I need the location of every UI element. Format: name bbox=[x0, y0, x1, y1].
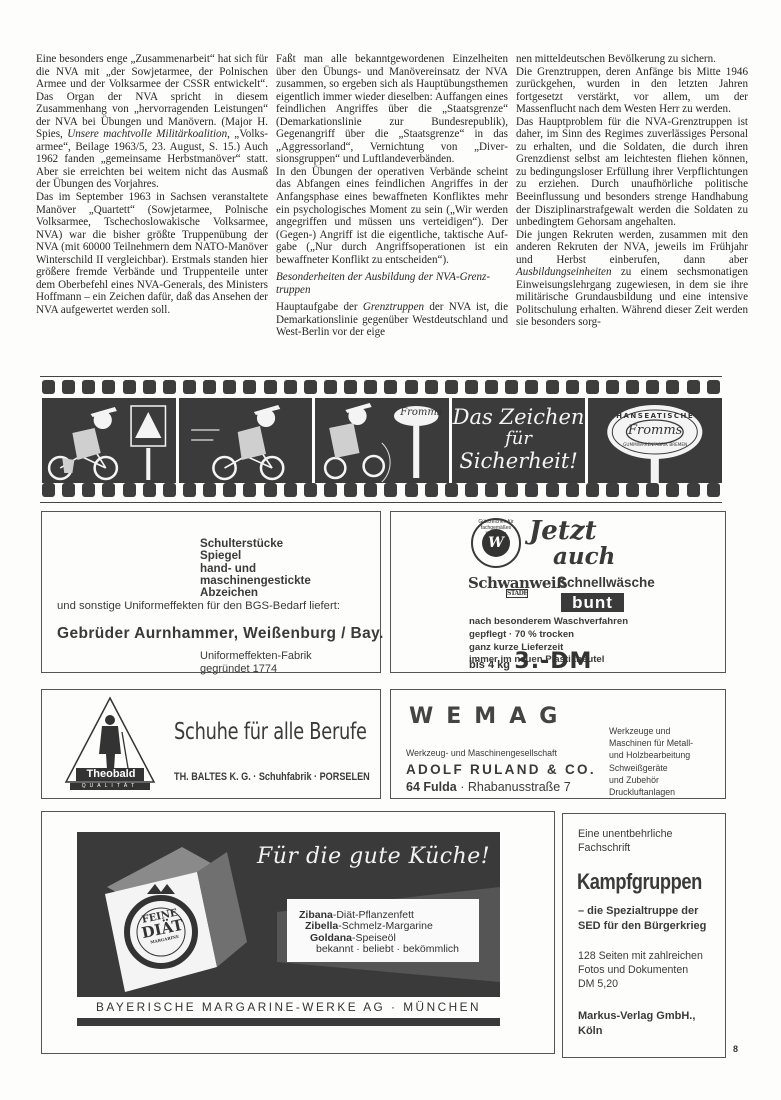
logo-name: Theobald bbox=[79, 768, 143, 780]
theobald-shoes-ad: Theobald QUALITÄT Schuhe für alle Berufe… bbox=[41, 689, 381, 799]
film-frame-fromms-logo: HANSEATISCHE Fromms GUMMIWARENFABRIK BRE… bbox=[588, 398, 722, 483]
address-street: Rhabanusstraße 7 bbox=[468, 780, 571, 794]
slogan: Für die gute Küche! bbox=[257, 844, 490, 869]
slogan-line: Sicherheit! bbox=[452, 450, 586, 472]
fromms-sign-label: Fromms bbox=[400, 407, 442, 418]
headline-auch: auch bbox=[553, 543, 615, 570]
margarine-ad: FEINE DIÄT MARGARINE Für die gute Küche!… bbox=[41, 811, 555, 1054]
product-item: Werkzeuge und bbox=[609, 725, 693, 737]
product-type: -Schmelz-Margarine bbox=[338, 920, 433, 932]
price: bis 4 kg 3.-DM bbox=[469, 649, 592, 674]
book-info: 128 Seiten mit zahlreichen Fotos und Dok… bbox=[578, 949, 703, 991]
wemag-ad: WEMAG Werkzeug- und Maschinengesellschaf… bbox=[390, 689, 726, 799]
footer-bar bbox=[77, 1018, 500, 1026]
address: 64 Fulda · Rhabanusstraße 7 bbox=[406, 780, 571, 794]
price-weight: bis 4 kg bbox=[469, 659, 510, 671]
seal-letter: W bbox=[482, 529, 510, 557]
publisher-name: Markus-Verlag GmbH., bbox=[578, 1009, 695, 1024]
article-column-1: Eine besonders enge „Zusammenarbeit“ hat… bbox=[36, 53, 268, 316]
paragraph: Die jungen Rekruten werden, zusammen mit… bbox=[516, 229, 748, 329]
brand-location: STADE bbox=[506, 589, 528, 598]
page-number: 8 bbox=[733, 1044, 738, 1054]
intro-text: Eine unentbehrliche Fachschrift bbox=[578, 827, 672, 855]
product-item: Abzeichen bbox=[200, 587, 311, 599]
product-brand: Zibella bbox=[305, 920, 338, 932]
film-perforation-top bbox=[40, 380, 722, 396]
company-name: Gebrüder Aurnhammer, Weißenburg / Bay. bbox=[57, 625, 384, 643]
intro-line: Fachschrift bbox=[578, 841, 672, 855]
factory-line: Uniformeffekten-Fabrik bbox=[200, 650, 312, 663]
paragraph: Eine besonders enge „Zusammenarbeit“ hat… bbox=[36, 53, 268, 191]
article-column-2: Faßt man alle bekanntgewordenen Einzel­h… bbox=[276, 53, 508, 339]
film-frame-slogan: Das Zeichen für Sicherheit! bbox=[452, 398, 586, 483]
product-box: Zibana-Diät-Pflanzenfett Zibella-Schmelz… bbox=[287, 899, 479, 962]
supply-text: und sonstige Uniformeffekten für den BGS… bbox=[57, 600, 340, 612]
kampfgruppen-book-ad: Eine unentbehrliche Fachschrift Kampfgru… bbox=[562, 813, 726, 1058]
book-price: DM 5,20 bbox=[578, 977, 703, 991]
fromms-filmstrip-ad: Fromms Das Zeichen für Sicherheit! HANSE… bbox=[40, 376, 722, 503]
margarine-panel: FEINE DIÄT MARGARINE Für die gute Küche!… bbox=[77, 832, 500, 997]
company-name: ADOLF RULAND & CO. bbox=[406, 762, 596, 777]
quality-seal-icon: Gütezeichen für fachgemäßes Wäschen W bbox=[471, 518, 521, 568]
product-item: und Zubehör bbox=[609, 774, 693, 786]
separator: · bbox=[460, 780, 468, 794]
paragraph-text: Eine besonders enge „Zusammenarbeit“ hat… bbox=[36, 53, 268, 140]
price-value: 3.-DM bbox=[514, 649, 592, 674]
slogan-line: Das Zeichen bbox=[452, 406, 586, 428]
book-title: Kampfgruppen bbox=[577, 869, 702, 895]
service-name: Schnellwäsche bbox=[558, 575, 655, 590]
schwanweiss-laundry-ad: Gütezeichen für fachgemäßes Wäschen W Je… bbox=[390, 511, 726, 673]
info-line: Fotos und Dokumenten bbox=[578, 963, 703, 977]
paragraph: Das im September 1963 in Sachsen ver­ans… bbox=[36, 191, 268, 316]
fromms-logo-icon bbox=[588, 398, 722, 483]
product-brand: Goldana bbox=[310, 932, 352, 944]
fromms-slogan: Das Zeichen für Sicherheit! bbox=[452, 406, 586, 472]
paragraph: Die Grenztruppen, deren Anfänge bis Mitt… bbox=[516, 66, 748, 116]
product-list: Schulterstücke Spiegel hand- und maschin… bbox=[200, 538, 311, 599]
factory-line: gegründet 1774 bbox=[200, 663, 312, 676]
bunt-tag: bunt bbox=[561, 593, 624, 612]
product-item: Schweißgeräte bbox=[609, 762, 693, 774]
product-item: Druckluftanlagen bbox=[609, 786, 693, 798]
paragraph: nen mitteldeutschen Bevölkerung zu siche… bbox=[516, 53, 748, 66]
subtitle-line: SED für den Bürgerkrieg bbox=[578, 919, 706, 934]
subtitle-line: – die Spezialtruppe der bbox=[578, 904, 706, 919]
logo-middle-text: Fromms bbox=[588, 423, 722, 438]
paragraph-text: Hauptaufgabe der bbox=[276, 301, 363, 313]
info-line: 128 Seiten mit zahlreichen bbox=[578, 949, 703, 963]
product-type: -Speiseöl bbox=[352, 932, 396, 944]
logo-quality: QUALITÄT bbox=[70, 783, 150, 789]
paragraph: Das Hauptproblem für die NVA-Grenz­trupp… bbox=[516, 116, 748, 229]
paragraph: Faßt man alle bekanntgewordenen Einzel­h… bbox=[276, 53, 508, 166]
emphasis-text: Grenztruppen bbox=[363, 301, 424, 313]
product-brand: Zibana bbox=[299, 909, 333, 921]
company-line: TH. BALTES K. G. · Schuhfabrik · PORSELE… bbox=[174, 771, 370, 783]
publisher: Markus-Verlag GmbH., Köln bbox=[578, 1009, 695, 1038]
slogan-line: für bbox=[452, 428, 586, 450]
film-frame-cyclist-fromms-sign: Fromms bbox=[315, 398, 449, 483]
cyclist-illustration-icon bbox=[42, 398, 176, 483]
product-type: -Diät-Pflanzenfett bbox=[333, 909, 414, 921]
product-item: Spiegel bbox=[200, 550, 311, 562]
intro-line: Eine unentbehrliche bbox=[578, 827, 672, 841]
book-subtitle: – die Spezialtruppe der SED für den Bürg… bbox=[578, 904, 706, 933]
film-frame-cyclist-moving bbox=[179, 398, 313, 483]
wemag-logo: WEMAG bbox=[409, 704, 570, 729]
brand-name: Schwanweiß STADE bbox=[468, 574, 567, 598]
aurnhammer-ad: Schulterstücke Spiegel hand- und maschin… bbox=[41, 511, 381, 673]
tagline: bekannt · beliebt · bekömmlich bbox=[299, 944, 479, 955]
product-item: und Holzbearbeitung bbox=[609, 749, 693, 761]
emphasis-text: Ausbildungseinheiten bbox=[516, 266, 612, 278]
paragraph-text: Die jungen Rekruten werden, zusammen mit… bbox=[516, 229, 748, 266]
paragraph: Hauptaufgabe der Grenztruppen der NVA is… bbox=[276, 301, 508, 339]
detail-line: gepflegt · 70 % trocken bbox=[469, 629, 628, 642]
film-frame-cyclist-warning bbox=[42, 398, 176, 483]
citation-title: Unsere machtvolle Militärkoalition bbox=[67, 128, 227, 140]
company-footer: BAYERISCHE MARGARINE-WERKE AG · MÜNCHEN bbox=[77, 1000, 500, 1014]
headline-jetzt: Jetzt bbox=[529, 516, 597, 546]
article-column-3: nen mitteldeutschen Bevölkerung zu siche… bbox=[516, 53, 748, 329]
logo-bottom-text: GUMMIWARENFABRIK BREMEN bbox=[588, 442, 722, 447]
section-heading: Besonderheiten der Ausbildung der NVA-Gr… bbox=[276, 271, 508, 296]
publisher-city: Köln bbox=[578, 1024, 695, 1039]
headline: Schuhe für alle Berufe bbox=[174, 719, 367, 745]
product-list: Werkzeuge und Maschinen für Metall- und … bbox=[609, 725, 693, 798]
logo-top-text: HANSEATISCHE bbox=[588, 412, 722, 420]
paragraph: In den Übungen der operativen Verbände s… bbox=[276, 166, 508, 266]
address-city: 64 Fulda bbox=[406, 780, 457, 794]
cyclist-illustration-icon bbox=[179, 398, 313, 483]
film-perforation-bottom bbox=[40, 483, 722, 499]
product-item: Maschinen für Metall- bbox=[609, 737, 693, 749]
company-type: Werkzeug- und Maschinengesellschaft bbox=[406, 748, 557, 758]
detail-line: nach besonderem Waschverfahren bbox=[469, 616, 628, 629]
factory-info: Uniformeffekten-Fabrik gegründet 1774 bbox=[200, 650, 312, 675]
